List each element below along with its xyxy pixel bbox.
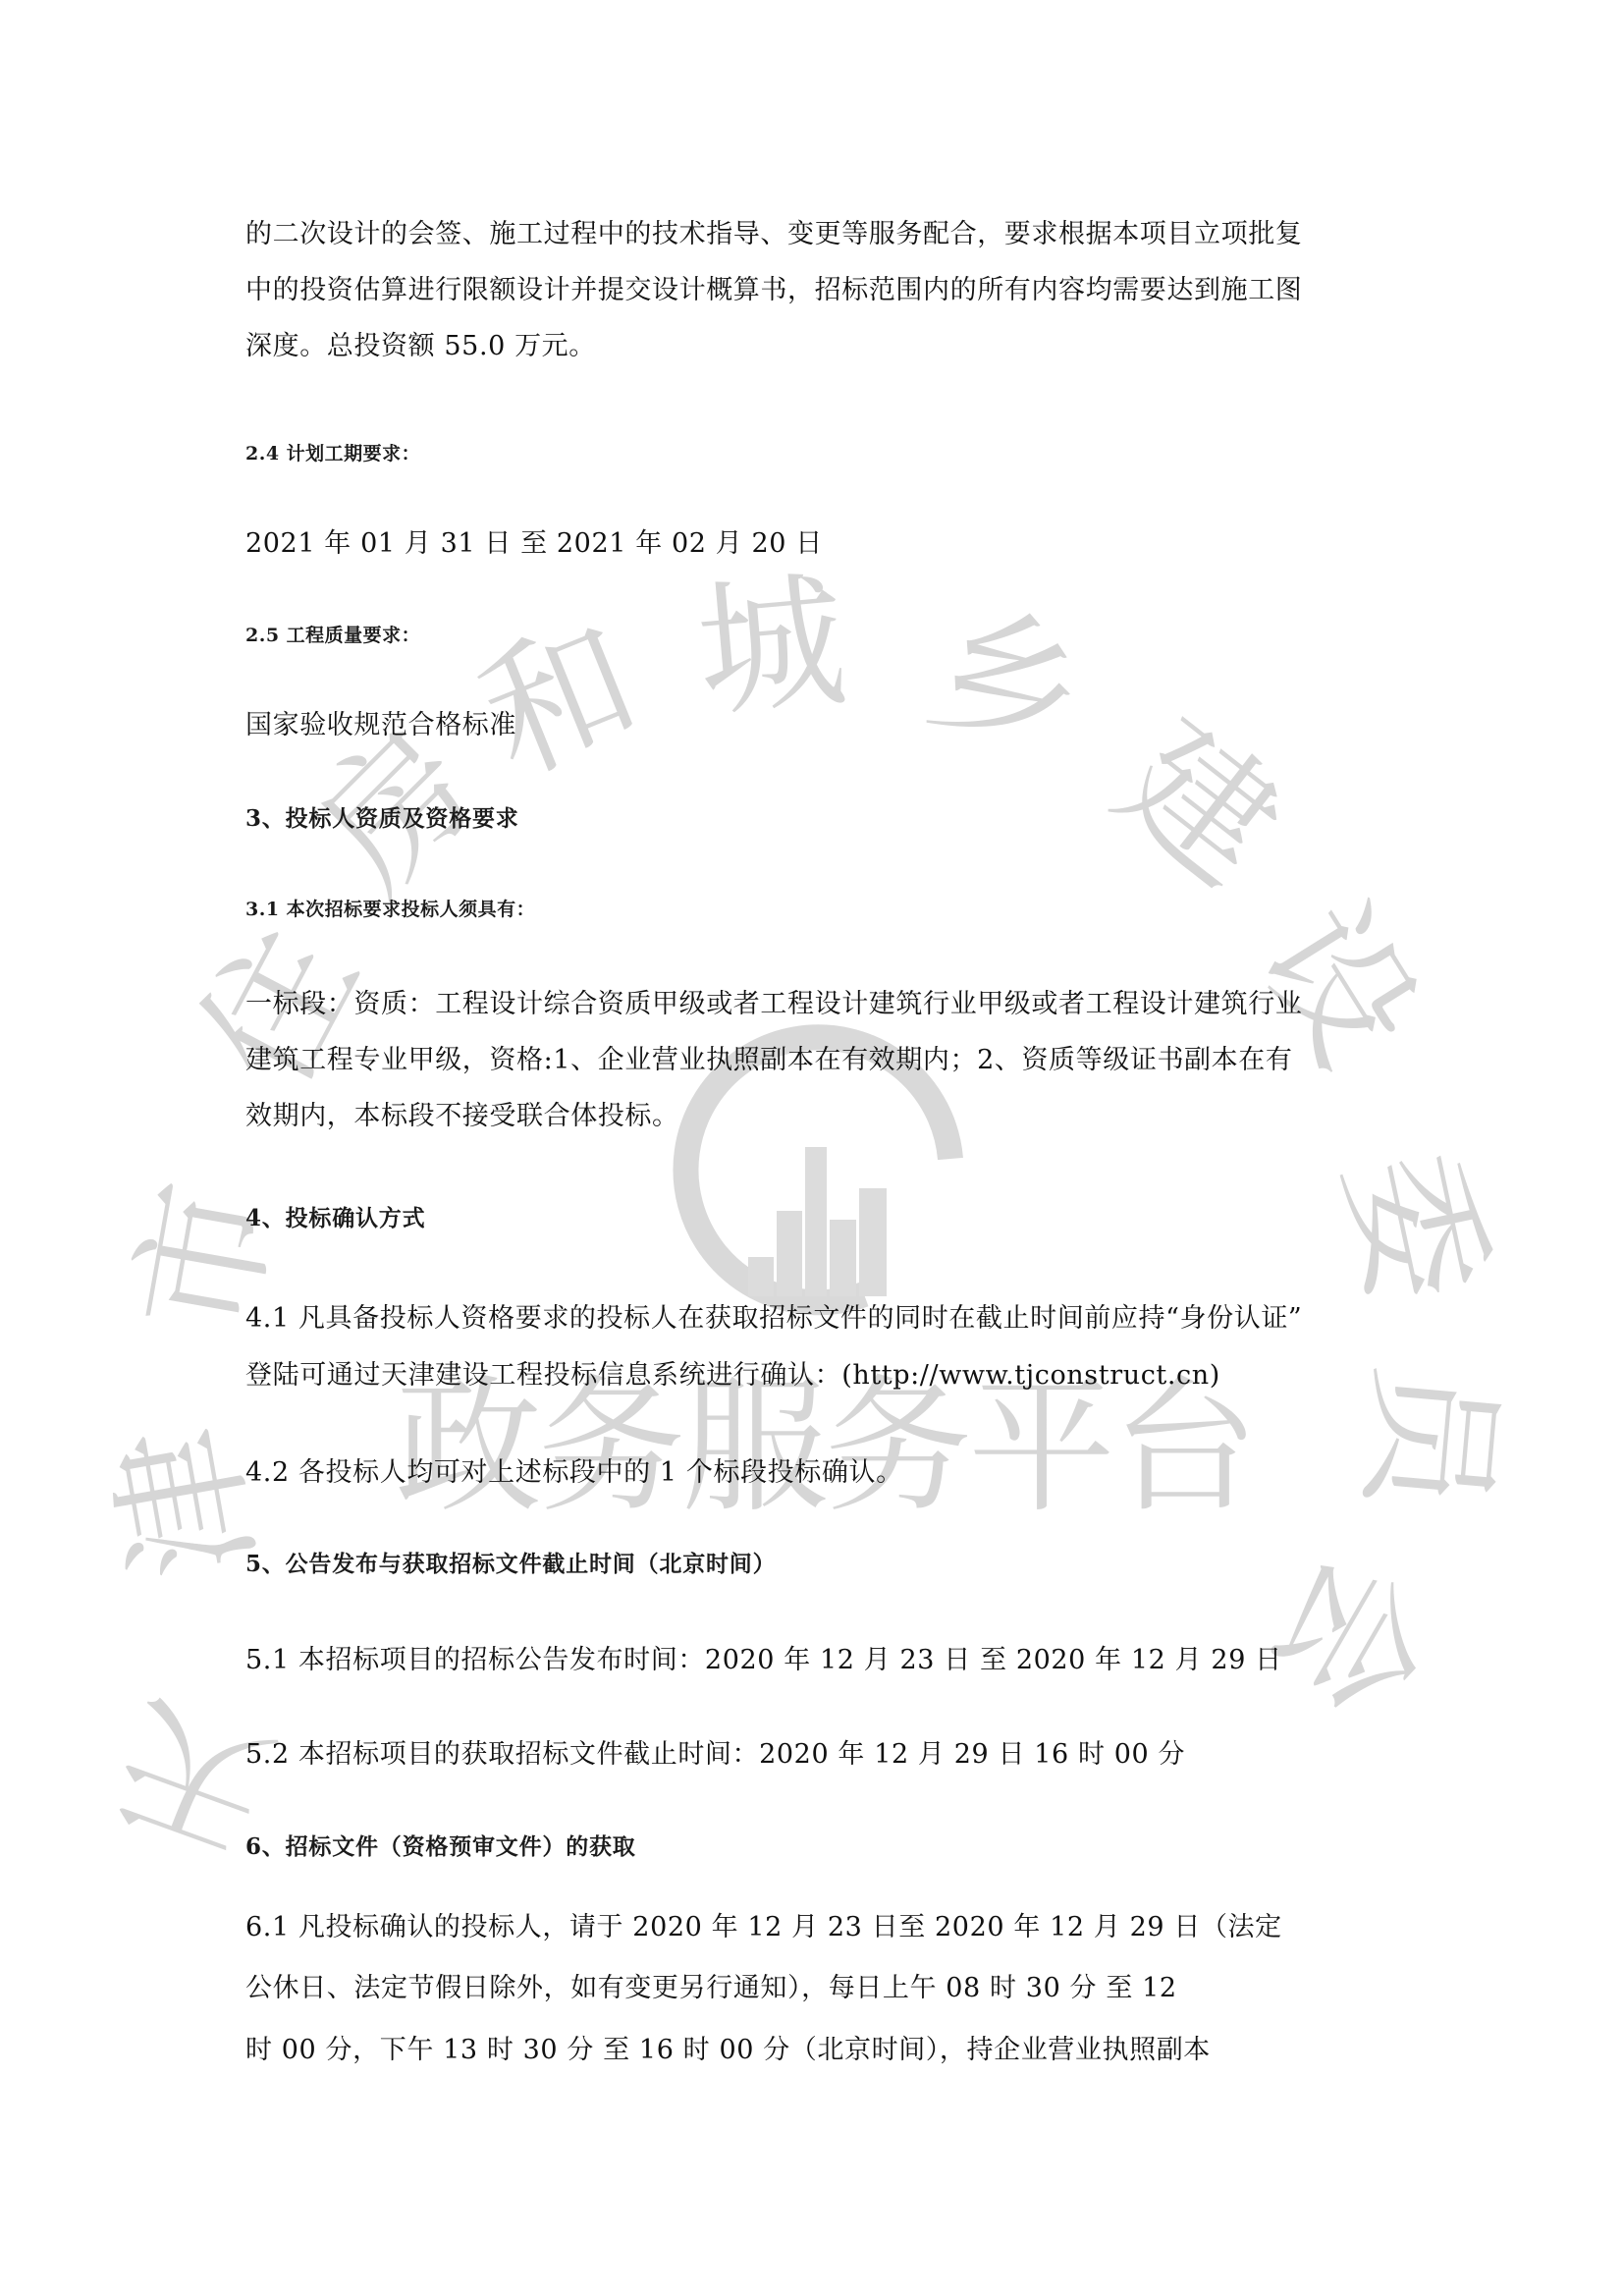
emblem-icon <box>685 1037 950 1302</box>
watermark-char: 员 <box>1337 1357 1521 1529</box>
section-3-heading: 3、投标人资质及资格要求 <box>245 800 519 833</box>
watermark-char: 乡 <box>911 580 1104 789</box>
paragraph-line: 建筑工程专业甲级，资格:1、企业营业执照副本在有效期内；2、资质等级证书副本在有 <box>245 1038 1292 1076</box>
paragraph-line: 6.1 凡投标确认的投标人，请于 2020 年 12 月 23 日至 2020 … <box>245 1905 1282 1943</box>
section-3-1-heading: 3.1 本次招标要求投标人须具有： <box>245 895 535 921</box>
paragraph-line: 4.2 各投标人均可对上述标段中的 1 个标段投标确认。 <box>245 1450 903 1489</box>
paragraph-line: 4.1 凡具备投标人资格要求的投标人在获取招标文件的同时在截止时间前应持“身份认… <box>245 1296 1302 1335</box>
paragraph-line: 效期内，本标段不接受联合体投标。 <box>245 1094 679 1132</box>
paragraph-line: 时 00 分，下午 13 时 30 分 至 16 时 00 分（北京时间），持企… <box>245 2028 1211 2066</box>
paragraph-line: 5.1 本招标项目的招标公告发布时间：2020 年 12 月 23 日 至 20… <box>245 1638 1282 1676</box>
watermark-char: 会 <box>1238 1529 1460 1742</box>
quality-standard: 国家验收规范合格标准 <box>245 703 516 741</box>
section-2-4-heading: 2.4 计划工期要求： <box>245 439 420 465</box>
watermark-char: 城 <box>690 556 852 738</box>
watermark-char: 和 <box>460 593 661 807</box>
paragraph-line: 中的投资估算进行限额设计并提交设计概算书，招标范围内的所有内容均需要达到施工图 <box>245 268 1302 306</box>
section-4-heading: 4、投标确认方式 <box>245 1200 425 1232</box>
paragraph-line: 的二次设计的会签、施工过程中的技术指导、变更等服务配合，要求根据本项目立项批复 <box>245 212 1302 250</box>
paragraph-line: 深度。总投资额 55.0 万元。 <box>245 324 596 362</box>
section-6-heading: 6、招标文件（资格预审文件）的获取 <box>245 1829 636 1861</box>
section-2-5-heading: 2.5 工程质量要求： <box>245 621 420 647</box>
schedule-dates: 2021 年 01 月 31 日 至 2021 年 02 月 20 日 <box>245 521 823 560</box>
section-5-heading: 5、公告发布与获取招标文件截止时间（北京时间） <box>245 1546 776 1578</box>
paragraph-line: 公休日、法定节假日除外，如有变更另行通知），每日上午 08 时 30 分 至 1… <box>245 1966 1177 2004</box>
paragraph-line: 5.2 本招标项目的获取招标文件截止时间：2020 年 12 月 29 日 16… <box>245 1732 1185 1771</box>
watermark-seal: 天 津 市 住 房 和 城 乡 建 设 委 员 会 政务服务平台 <box>0 0 1623 2296</box>
paragraph-line: 一标段：资质：工程设计综合资质甲级或者工程设计建筑行业甲级或者工程设计建筑行业 <box>245 982 1302 1020</box>
watermark-char: 建 <box>1089 692 1310 917</box>
paragraph-line: 登陆可通过天津建设工程投标信息系统进行确认：(http://www.tjcons… <box>245 1353 1220 1392</box>
watermark-char: 委 <box>1315 1137 1512 1317</box>
